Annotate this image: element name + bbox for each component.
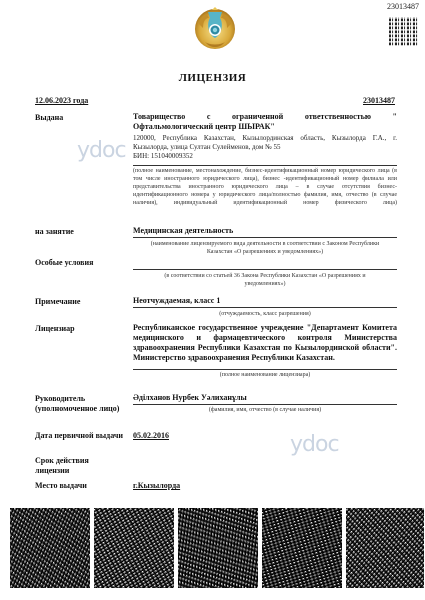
validity-label: Срок действия (35, 456, 89, 466)
head-value: Әділханов Нурбек Уәлиханұлы (133, 393, 397, 403)
head-rule (133, 404, 397, 405)
barcode-icon (178, 508, 258, 588)
licensor-label: Лицензиар (35, 324, 75, 334)
licensor-value: Республиканское государственное учрежден… (133, 323, 397, 363)
barcode-icon (94, 508, 174, 588)
state-emblem-icon (193, 6, 237, 52)
note-label: Примечание (35, 297, 80, 307)
special-conditions-label: Особые условия (35, 258, 93, 268)
barcode-strip (10, 508, 425, 588)
special-conditions-hint: (в соответствии со статьей 36 Закона Рес… (145, 272, 385, 288)
note-value: Неотчуждаемая, класс 1 (133, 296, 397, 306)
document-number-top: 23013487 (387, 2, 419, 11)
head-hint: (фамилия, имя, отчество (в случае наличи… (133, 406, 397, 414)
first-issue-value: 05.02.2016 (133, 431, 169, 440)
place-value: г.Кызылорда (133, 481, 180, 490)
license-number: 23013487 (363, 96, 395, 105)
watermark: ydoc (77, 138, 126, 163)
issued-to-hint: (полное наименование, местонахождение, б… (133, 167, 397, 207)
document-title: ЛИЦЕНЗИЯ (0, 72, 425, 84)
note-hint: (отчуждаемость, класс разрешения) (133, 310, 397, 318)
head-label-sub: (уполномоченное лицо) (35, 404, 119, 414)
licensor-hint: (полное наименование лицензиара) (133, 371, 397, 379)
place-label: Место выдачи (35, 481, 87, 491)
issued-to-name: Товарищество с ограниченной ответственно… (133, 112, 397, 132)
head-label: Руководитель (35, 394, 85, 404)
activity-hint: (наименование лицензируемого вида деятел… (150, 240, 380, 256)
issued-to-address: 120000, Республика Казахстан, Кызылордин… (133, 134, 397, 151)
barcode-icon (10, 508, 90, 588)
activity-label: на занятие (35, 227, 74, 237)
issue-date: 12.06.2023 года (35, 96, 88, 105)
activity-rule (133, 237, 397, 238)
barcode-icon (262, 508, 342, 588)
watermark: ydoc (290, 432, 339, 457)
qr-code-icon (389, 17, 418, 46)
validity-label-sub: лицензии (35, 466, 69, 476)
issued-to-bin: БИН: 151040009352 (133, 152, 397, 161)
issued-to-label: Выдана (35, 113, 63, 123)
first-issue-label: Дата первичной выдачи (35, 431, 123, 441)
licensor-rule (133, 369, 397, 370)
special-conditions-rule (133, 269, 397, 270)
barcode-icon (346, 508, 424, 588)
issued-to-rule (133, 165, 397, 166)
activity-value: Медицинская деятельность (133, 226, 397, 236)
note-rule (133, 307, 397, 308)
